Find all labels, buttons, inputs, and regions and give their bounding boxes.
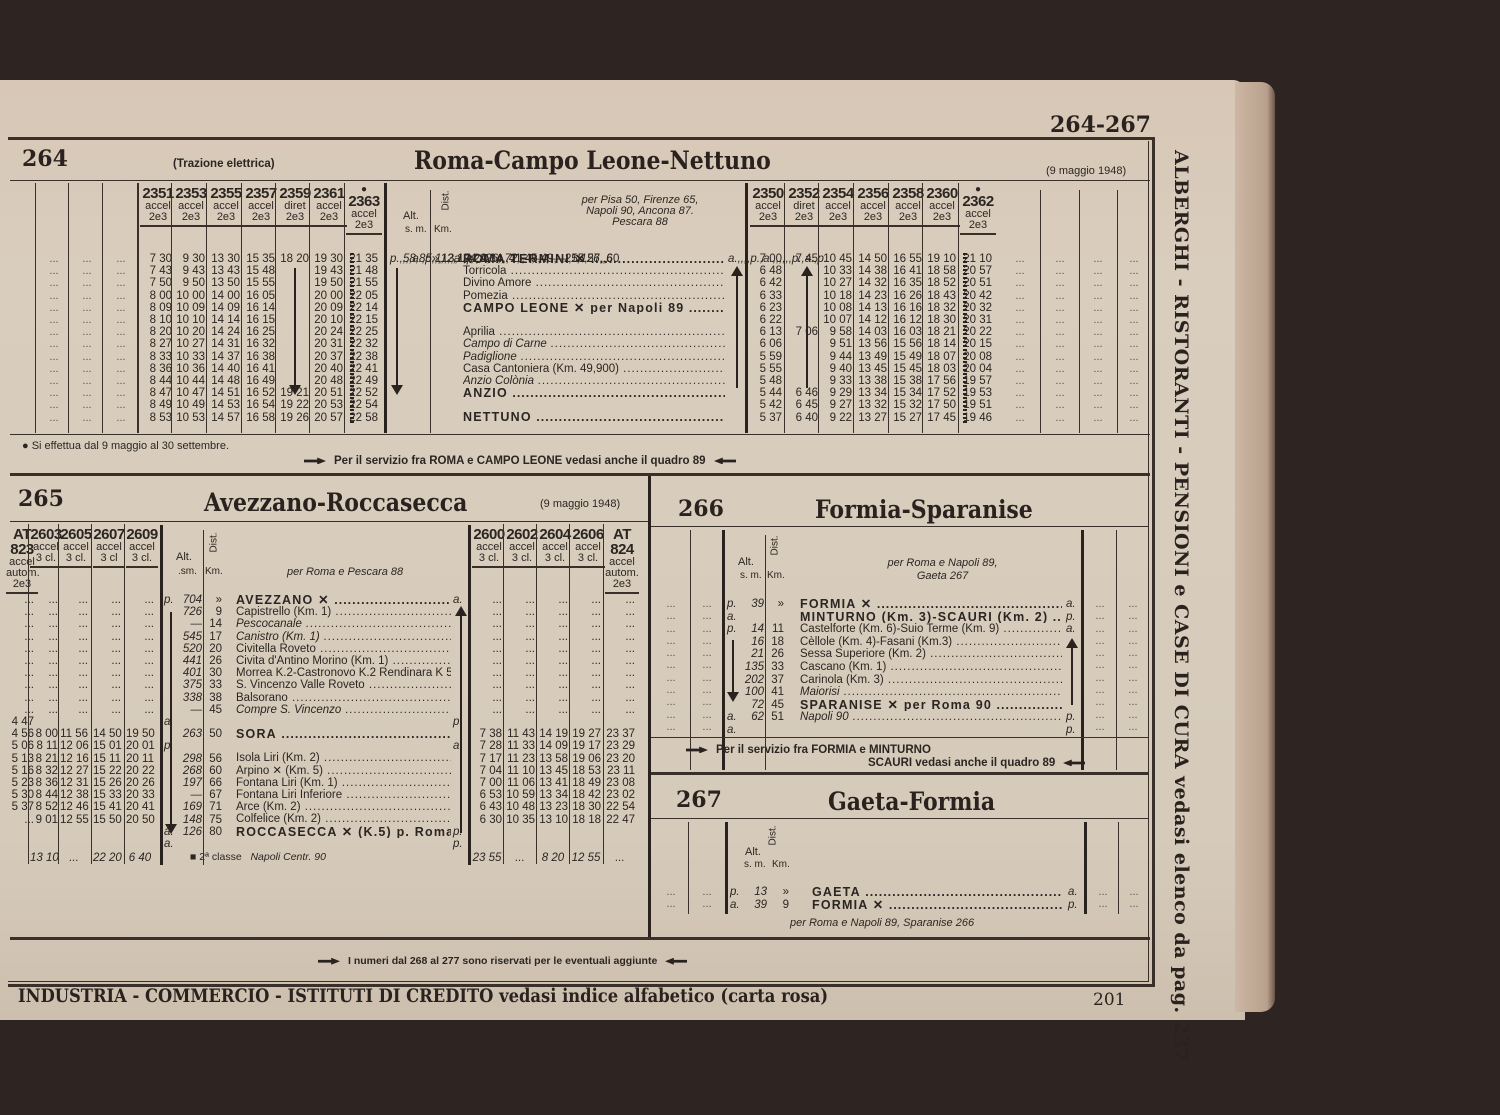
station-name: ROMA TÈRMINI ✕ [463, 253, 725, 265]
train-number: 2360 [924, 186, 960, 201]
col-line [102, 183, 103, 433]
side-banner: ALBERGHI - RISTORANTI - PENSIONI e CASE … [1162, 150, 1192, 980]
train-times: 19 30 19 43 19 50 20 00 20 09 20 10 20 2… [311, 253, 343, 424]
reserved-text: I numeri dal 268 al 277 sono riservati p… [348, 955, 657, 967]
last-row: ■ 2ª classe Napoli Centr. 90 [190, 851, 326, 863]
train-times: 16 55 16 41 16 35 16 26 16 16 16 12 16 0… [890, 253, 922, 424]
train-number: 2606 [571, 527, 605, 542]
pointing-hand-icon [714, 457, 736, 464]
train-header: 2360accel2e3 [924, 186, 960, 227]
train-header: 2361accel2e3 [311, 186, 347, 227]
station-name: Fontana Liri (Km. 1) [236, 777, 451, 789]
altitudes: 13 39 [745, 886, 767, 912]
station-name: Divino Amore [463, 277, 725, 289]
station-name: Civitella Roveto [236, 643, 451, 655]
train-total: ... [60, 852, 88, 864]
col-line [91, 524, 92, 864]
altitudes: 704 726 — 545 520 441 401 375 338 — 263 … [176, 594, 202, 838]
train-times: ... ... ... ... ... ... ... ... ... ... … [30, 594, 58, 826]
seasonal-wavy-line [963, 253, 967, 425]
divider [725, 822, 728, 914]
seasonal-wavy-line [350, 253, 354, 425]
station-name: ANZIO [463, 387, 725, 399]
divider [468, 525, 471, 865]
station-name: Compre S. Vincenzo [236, 704, 451, 716]
train-times: ... ... ... ... ... ... ... ... ... ... … [126, 594, 154, 826]
col-line [922, 183, 923, 433]
col-line [206, 183, 207, 433]
train-header: 2606accel3 cl. [571, 527, 605, 568]
col-line [688, 822, 689, 914]
station-name: Isola Liri (Km. 2) [236, 752, 451, 764]
empty-column: ... ... ... ... ... ... ... ... ... ... … [655, 598, 687, 733]
train-times: 7 30 7 43 7 50 8 00 8 09 8 10 8 20 8 27 … [140, 253, 172, 424]
train-header: 2607accel3 cl [93, 527, 125, 568]
station-name: Arce (Km. 2) [236, 801, 451, 813]
train-number: 2353 [173, 186, 209, 201]
dist-unit: Km. [767, 570, 785, 581]
train-header: ●2362accel2e3 [960, 186, 996, 235]
col-line [241, 183, 242, 433]
train-number: 2607 [93, 527, 125, 542]
station-name: Capistrello (Km. 1) [236, 606, 451, 618]
station-name: S. Vincenzo Valle Roveto [236, 679, 451, 691]
train-number: 2357 [243, 186, 279, 201]
train-times: 9 30 9 43 9 50 10 00 10 09 10 10 10 20 1… [173, 253, 205, 424]
distances: » 9 14 17 20 26 30 33 38 45 50 56 60 66 … [205, 594, 222, 838]
divider [384, 183, 387, 433]
section-266-number: 266 [678, 496, 724, 522]
train-class: autom. 2e3 [605, 568, 639, 594]
train-total: ... [505, 852, 535, 864]
train-class: 2e3 [820, 212, 856, 227]
train-number: 2356 [855, 186, 891, 201]
divider [1081, 530, 1084, 770]
train-class: 3 cl. [538, 553, 572, 568]
train-header: 2602accel3 cl. [505, 527, 539, 568]
train-times: ... ... ... ... ... ... ... ... ... ... … [93, 594, 121, 826]
station-name: Pescocanale [236, 618, 451, 630]
pa-right: a. p. a. p. p. [453, 594, 465, 850]
distances: » 9 [775, 886, 789, 912]
empty-column: ... ... ... ... ... ... ... ... ... ... … [1005, 253, 1035, 424]
station-name: Balsorano [236, 692, 451, 704]
empty-column: ... ... [655, 886, 687, 910]
connections: per Roma e Napoli 89, Gaeta 267 [860, 557, 1025, 583]
col-line [275, 183, 276, 433]
station-name: Maiorisi [800, 686, 1062, 699]
empty-column: ... ... ... ... ... ... ... ... ... ... … [1118, 598, 1148, 733]
divider [722, 530, 725, 770]
col-line [536, 524, 537, 864]
train-number: 2362 [960, 194, 996, 209]
train-times: 13 30 13 43 13 50 14 00 14 09 14 14 14 2… [208, 253, 240, 424]
station-name: Civita d'Antino Morino (Km. 1) [236, 655, 451, 667]
alt-label: Alt. [745, 846, 761, 858]
train-total: 6 40 [126, 852, 154, 864]
pointing-hand-icon [304, 457, 326, 464]
train-number: 2605 [60, 527, 92, 542]
train-times: 14 50 14 38 14 32 14 23 14 13 14 12 14 0… [855, 253, 887, 424]
station-name: MINTURNO (Km. 3)-SCÀURI (Km. 2) [800, 611, 1062, 624]
col-line [958, 183, 959, 433]
see-also-note: Per il servizio fra ROMA e CAMPO LEONE v… [296, 455, 744, 467]
through-arrow-icon [460, 608, 462, 833]
connection-line: Pescara 88 [540, 217, 740, 228]
train-times: ... ... ... ... ... ... ... ... ... ... … [571, 594, 601, 826]
station-name: Fontana Liri Inferiore [236, 789, 451, 801]
page-number: 201 [1093, 990, 1125, 1010]
train-total: 22 20 [93, 852, 121, 864]
station-name: AVEZZANO ✕ [236, 594, 451, 606]
train-number: 2604 [538, 527, 572, 542]
train-number: 2363 [346, 194, 382, 209]
train-class: 3 cl. [472, 553, 506, 568]
train-class: 2e3 [277, 212, 313, 227]
col-line [138, 183, 139, 433]
train-number: 2354 [820, 186, 856, 201]
train-class: 3 cl. [126, 553, 158, 568]
train-total: ... [605, 852, 635, 864]
train-class: 2e3 [243, 212, 279, 227]
col-line [203, 530, 204, 865]
col-line [503, 524, 504, 864]
pa-left: p. a. [730, 886, 742, 912]
train-times: ... ... ... ... ... ... ... ... ... ... … [538, 594, 568, 826]
train-class: 2e3 [173, 212, 209, 227]
station-name: Morrea K.2-Castronovo K.2 Rendinara K 5 [236, 667, 451, 679]
section-265-title: Avezzano-Roccasecca [204, 488, 467, 517]
station-list: FORMIA ✕MINTURNO (Km. 3)-SCÀURI (Km. 2)C… [800, 598, 1062, 724]
station-name: NETTUNO [463, 411, 725, 423]
col-line [784, 183, 785, 433]
section-divider [648, 476, 651, 938]
train-times: 7 45 7 06 6 46 6 45 6 40 [786, 253, 818, 424]
train-times: ... ... ... ... ... ... ... ... ... ... … [472, 594, 502, 826]
train-class: 3 cl [93, 553, 125, 568]
station-name: Carinola (Km. 3) [800, 674, 1062, 687]
dist-label: Dist. [768, 826, 779, 846]
see-also-note: Per il servizio fra FORMIA e MINTURNO [678, 744, 931, 756]
station-name: FORMIA ✕ [812, 899, 1062, 912]
section-265-number: 265 [18, 486, 64, 512]
reserved-note: I numeri dal 268 al 277 sono riservati p… [310, 955, 695, 967]
col-line [171, 183, 172, 433]
dist-unit: Km. [205, 566, 223, 577]
connection-line: Gaeta 267 [860, 570, 1025, 583]
empty-column: ... ... ... ... ... ... ... ... ... ... … [1083, 253, 1113, 424]
station-name: Anzio Colònia [463, 375, 725, 387]
col-line [1079, 190, 1080, 433]
alt-unit: .sm. [178, 566, 197, 577]
col-line [569, 524, 570, 864]
train-class: 2e3 [890, 212, 926, 227]
col-line [309, 183, 310, 433]
col-line [1118, 822, 1119, 914]
distances: » 11 18 26 33 37 41 45 51 [766, 598, 784, 724]
divider [651, 526, 1149, 527]
station-name: Canistro (Km. 1) [236, 631, 451, 643]
divider [651, 737, 1149, 738]
train-class: 2e3 [750, 212, 786, 227]
distances: »,13,17,24,34,,41,45,49,—,55,57,,60 [432, 253, 452, 265]
train-times: ... ... ... ... ... ... ... ... ... ... … [60, 594, 88, 826]
alt-label: Alt. [403, 210, 419, 222]
divider [745, 183, 748, 433]
empty-column: ... ... ... ... ... ... ... ... ... ... … [73, 253, 101, 424]
footnote: ● Si effettua dal 9 maggio al 30 settemb… [22, 440, 229, 452]
station-name: GAETA [812, 886, 1062, 899]
empty-column: ... ... ... ... ... ... ... ... ... ... … [1120, 253, 1148, 424]
dist-label: Dist. [770, 536, 781, 556]
empty-column: ... ... ... ... ... ... ... ... ... ... … [1045, 253, 1075, 424]
train-class: 3 cl. [571, 553, 605, 568]
empty-column: ... ... ... ... ... ... ... ... ... ... … [1085, 598, 1115, 733]
train-number: 2600 [472, 527, 506, 542]
pa-right: a.,,,,p.,a.,,,,,,p.,a.,p. [728, 253, 742, 265]
station-list: ROMA TÈRMINI ✕TorricolaDivino AmorePomez… [463, 253, 725, 424]
alt-label: Alt. [738, 556, 754, 568]
empty-column: ... ... ... ... ... ... ... ... ... ... … [107, 253, 135, 424]
empty-column: ... ... ... ... ... ... ... ... ... ... … [692, 598, 722, 733]
col-line [68, 183, 69, 433]
train-times: 19 10 18 58 18 52 18 43 18 32 18 30 18 2… [924, 253, 956, 424]
see-also-text: Per il servizio fra FORMIA e MINTURNO [716, 744, 931, 756]
station-name: ROCCASECCA ✕ (K.5) p. Roma 90 [236, 826, 451, 838]
altitudes: 58,85,112,124,126,,72,—,—,—,21,126,,6 [403, 253, 429, 265]
station-name: Campo di Carne [463, 338, 725, 350]
col-line [690, 530, 691, 770]
train-header: 2354accel2e3 [820, 186, 856, 227]
through-arrow-icon [806, 268, 808, 388]
station-list: GAETAFORMIA ✕ [812, 886, 1062, 912]
train-number: 2602 [505, 527, 539, 542]
connection-line: per Roma e Napoli 89, [860, 557, 1025, 570]
train-class: autom. 2e3 [6, 568, 38, 594]
destination-note: Napoli Centr. 90 [250, 851, 325, 863]
station-name: Casa Cantoniera (Km. 49,900) [463, 363, 725, 375]
station-name: Cascano (Km. 1) [800, 661, 1062, 674]
alt-unit: s. m. [740, 570, 762, 581]
station-name: Cèllole (Km. 4)-Fasani (Km.3) [800, 636, 1062, 649]
train-class: 3 cl. [505, 553, 539, 568]
section-divider [10, 473, 1150, 476]
empty-column: ... ... ... ... ... ... ... ... ... ... … [40, 253, 68, 424]
train-class: 2e3 [786, 212, 822, 227]
col-line [818, 183, 819, 433]
train-header: AT 824accelautom. 2e3 [605, 527, 639, 594]
pa-right: a. p. [1068, 886, 1080, 912]
divider [160, 525, 163, 865]
col-line [1040, 190, 1041, 433]
train-total: 12 55 [571, 852, 601, 864]
train-header: 2353accel2e3 [173, 186, 209, 227]
train-number: 2352 [786, 186, 822, 201]
station-name: FORMIA ✕ [800, 598, 1062, 611]
train-header: 2352diret2e3 [786, 186, 822, 227]
train-times: ... ... ... ... ... ... ... ... ... ... … [505, 594, 535, 826]
train-header: 2355accel2e3 [208, 186, 244, 227]
col-line [35, 183, 36, 433]
col-line [124, 524, 125, 864]
col-line [1116, 530, 1117, 770]
train-class: 2e3 [855, 212, 891, 227]
section-divider [651, 772, 1149, 775]
station-name: Torricola [463, 265, 725, 277]
divider [1084, 822, 1087, 914]
see-also-text: SCAURI vedasi anche il quadro 89 [868, 757, 1055, 769]
col-line [58, 524, 59, 864]
divider [10, 434, 1150, 435]
connections: per Roma e Pescara 88 [287, 566, 403, 578]
dist-unit: Km. [434, 224, 452, 235]
col-line [888, 183, 889, 433]
through-arrow-icon [294, 268, 296, 393]
pointing-hand-icon [686, 746, 708, 753]
section-267-number: 267 [676, 787, 722, 813]
section-264-traction: (Trazione elettrica) [173, 158, 275, 170]
section-divider [10, 937, 1150, 940]
divider [651, 818, 1149, 819]
train-number: AT 824 [605, 527, 639, 557]
train-class: 2e3 [960, 220, 996, 235]
see-also-note-2: SCAURI vedasi anche il quadro 89 [868, 757, 1093, 769]
train-header: 2605accel3 cl. [60, 527, 92, 568]
divider [10, 180, 1150, 181]
train-total: 8 20 [538, 852, 568, 864]
train-header: 2356accel2e3 [855, 186, 891, 227]
pointing-hand-icon [665, 958, 687, 965]
train-header: 2358accel2e3 [890, 186, 926, 227]
train-header: 2609accel3 cl. [126, 527, 158, 568]
alt-label: Alt. [176, 551, 192, 563]
dist-label: Dist. [209, 533, 220, 553]
section-264-date: (9 maggio 1948) [1046, 165, 1126, 177]
train-total: 23 55 [472, 852, 502, 864]
col-line [430, 190, 431, 433]
alt-unit: s. m. [405, 224, 427, 235]
train-number: 2609 [126, 527, 158, 542]
station-name: Napoli 90 [800, 711, 1062, 724]
see-also-text: Per il servizio fra ROMA e CAMPO LEONE v… [334, 455, 706, 467]
train-header: 2359diret2e3 [277, 186, 313, 227]
divider [10, 521, 648, 522]
train-class: 2e3 [311, 212, 347, 227]
section-264-title: Roma-Campo Leone-Nettuno [414, 146, 771, 175]
pointing-hand-icon [318, 958, 340, 965]
station-list: AVEZZANO ✕Capistrello (Km. 1)Pescocanale… [236, 594, 451, 838]
train-times: 15 35 15 48 15 55 16 05 16 14 16 15 16 2… [243, 253, 275, 424]
col-line [603, 524, 604, 864]
through-arrow-icon [1071, 640, 1073, 705]
train-class: 2e3 [924, 212, 960, 227]
empty-column: ... ... [692, 886, 722, 910]
section-265-date: (9 maggio 1948) [540, 498, 620, 510]
col-line [344, 183, 345, 433]
station-name: Sessa Superiore (Km. 2) [800, 648, 1062, 661]
connections: per Pisa 50, Firenze 65, Napoli 90, Anco… [540, 195, 740, 228]
dist-label: Dist. [441, 191, 452, 211]
train-times: 10 45 10 33 10 27 10 18 10 08 10 07 9 58… [820, 253, 852, 424]
station-name: Arpino ✕ (Km. 5) [236, 765, 451, 777]
station-name: Colfelice (Km. 2) [236, 813, 451, 825]
connections: per Roma e Napoli 89, Sparanise 266 [790, 917, 974, 929]
station-name: Aprilia [463, 326, 725, 338]
book-page-edges [1235, 82, 1275, 1012]
train-times: 7 00 6 48 6 42 6 33 6 23 6 22 6 13 6 06 … [750, 253, 782, 424]
dist-unit: Km. [772, 859, 790, 870]
page-range: 264-267 [1050, 112, 1151, 138]
train-class: 3 cl. [60, 553, 92, 568]
section-267-title: Gaeta-Formia [828, 787, 995, 816]
col-line [28, 524, 29, 864]
train-number: 2361 [311, 186, 347, 201]
class-note: ■ 2ª classe [190, 851, 242, 863]
train-times: ... ... ... ... ... ... ... ... ... ... … [605, 594, 635, 826]
train-number: 2358 [890, 186, 926, 201]
station-name: SORA [236, 728, 451, 740]
train-total: 13 10 [30, 852, 58, 864]
train-class: 2e3 [346, 220, 382, 235]
section-264-number: 264 [22, 146, 68, 172]
through-arrow-icon [396, 268, 398, 393]
train-header: ●2363accel2e3 [346, 186, 382, 235]
through-arrow-icon [732, 640, 734, 700]
station-name: Padiglione [463, 351, 725, 363]
section-266-title: Formia-Sparanise [815, 495, 1033, 524]
train-class: 2e3 [208, 212, 244, 227]
station-name: Castelforte (Km. 6)-Suio Terme (Km. 9) [800, 623, 1062, 636]
alt-unit: s. m. [744, 859, 766, 870]
altitudes: 39 14 16 21 135 202 100 72 62 [738, 598, 764, 724]
empty-column: ... ... [1088, 886, 1118, 910]
through-arrow-icon [736, 268, 738, 388]
train-header: 2600accel3 cl. [472, 527, 506, 568]
page-footer: INDUSTRIA - COMMERCIO - ISTITUTI DI CRED… [18, 985, 828, 1007]
col-line [853, 183, 854, 433]
train-header: 2350accel2e3 [750, 186, 786, 227]
train-header: 2357accel2e3 [243, 186, 279, 227]
station-name: Pomezia [463, 290, 725, 302]
pointing-hand-icon [1063, 759, 1085, 766]
col-line [1117, 190, 1118, 433]
train-header: 2604accel3 cl. [538, 527, 572, 568]
train-number: 2355 [208, 186, 244, 201]
train-times: 18 20 19 21 19 22 19 26 [277, 253, 309, 424]
empty-column: ... ... [1120, 886, 1148, 910]
station-name: SPARANISE ✕ per Roma 90 [800, 699, 1062, 712]
train-number: 2350 [750, 186, 786, 201]
station-name: CAMPO LEONE ✕ per Napoli 89 [463, 302, 725, 314]
train-number: 2359 [277, 186, 313, 201]
